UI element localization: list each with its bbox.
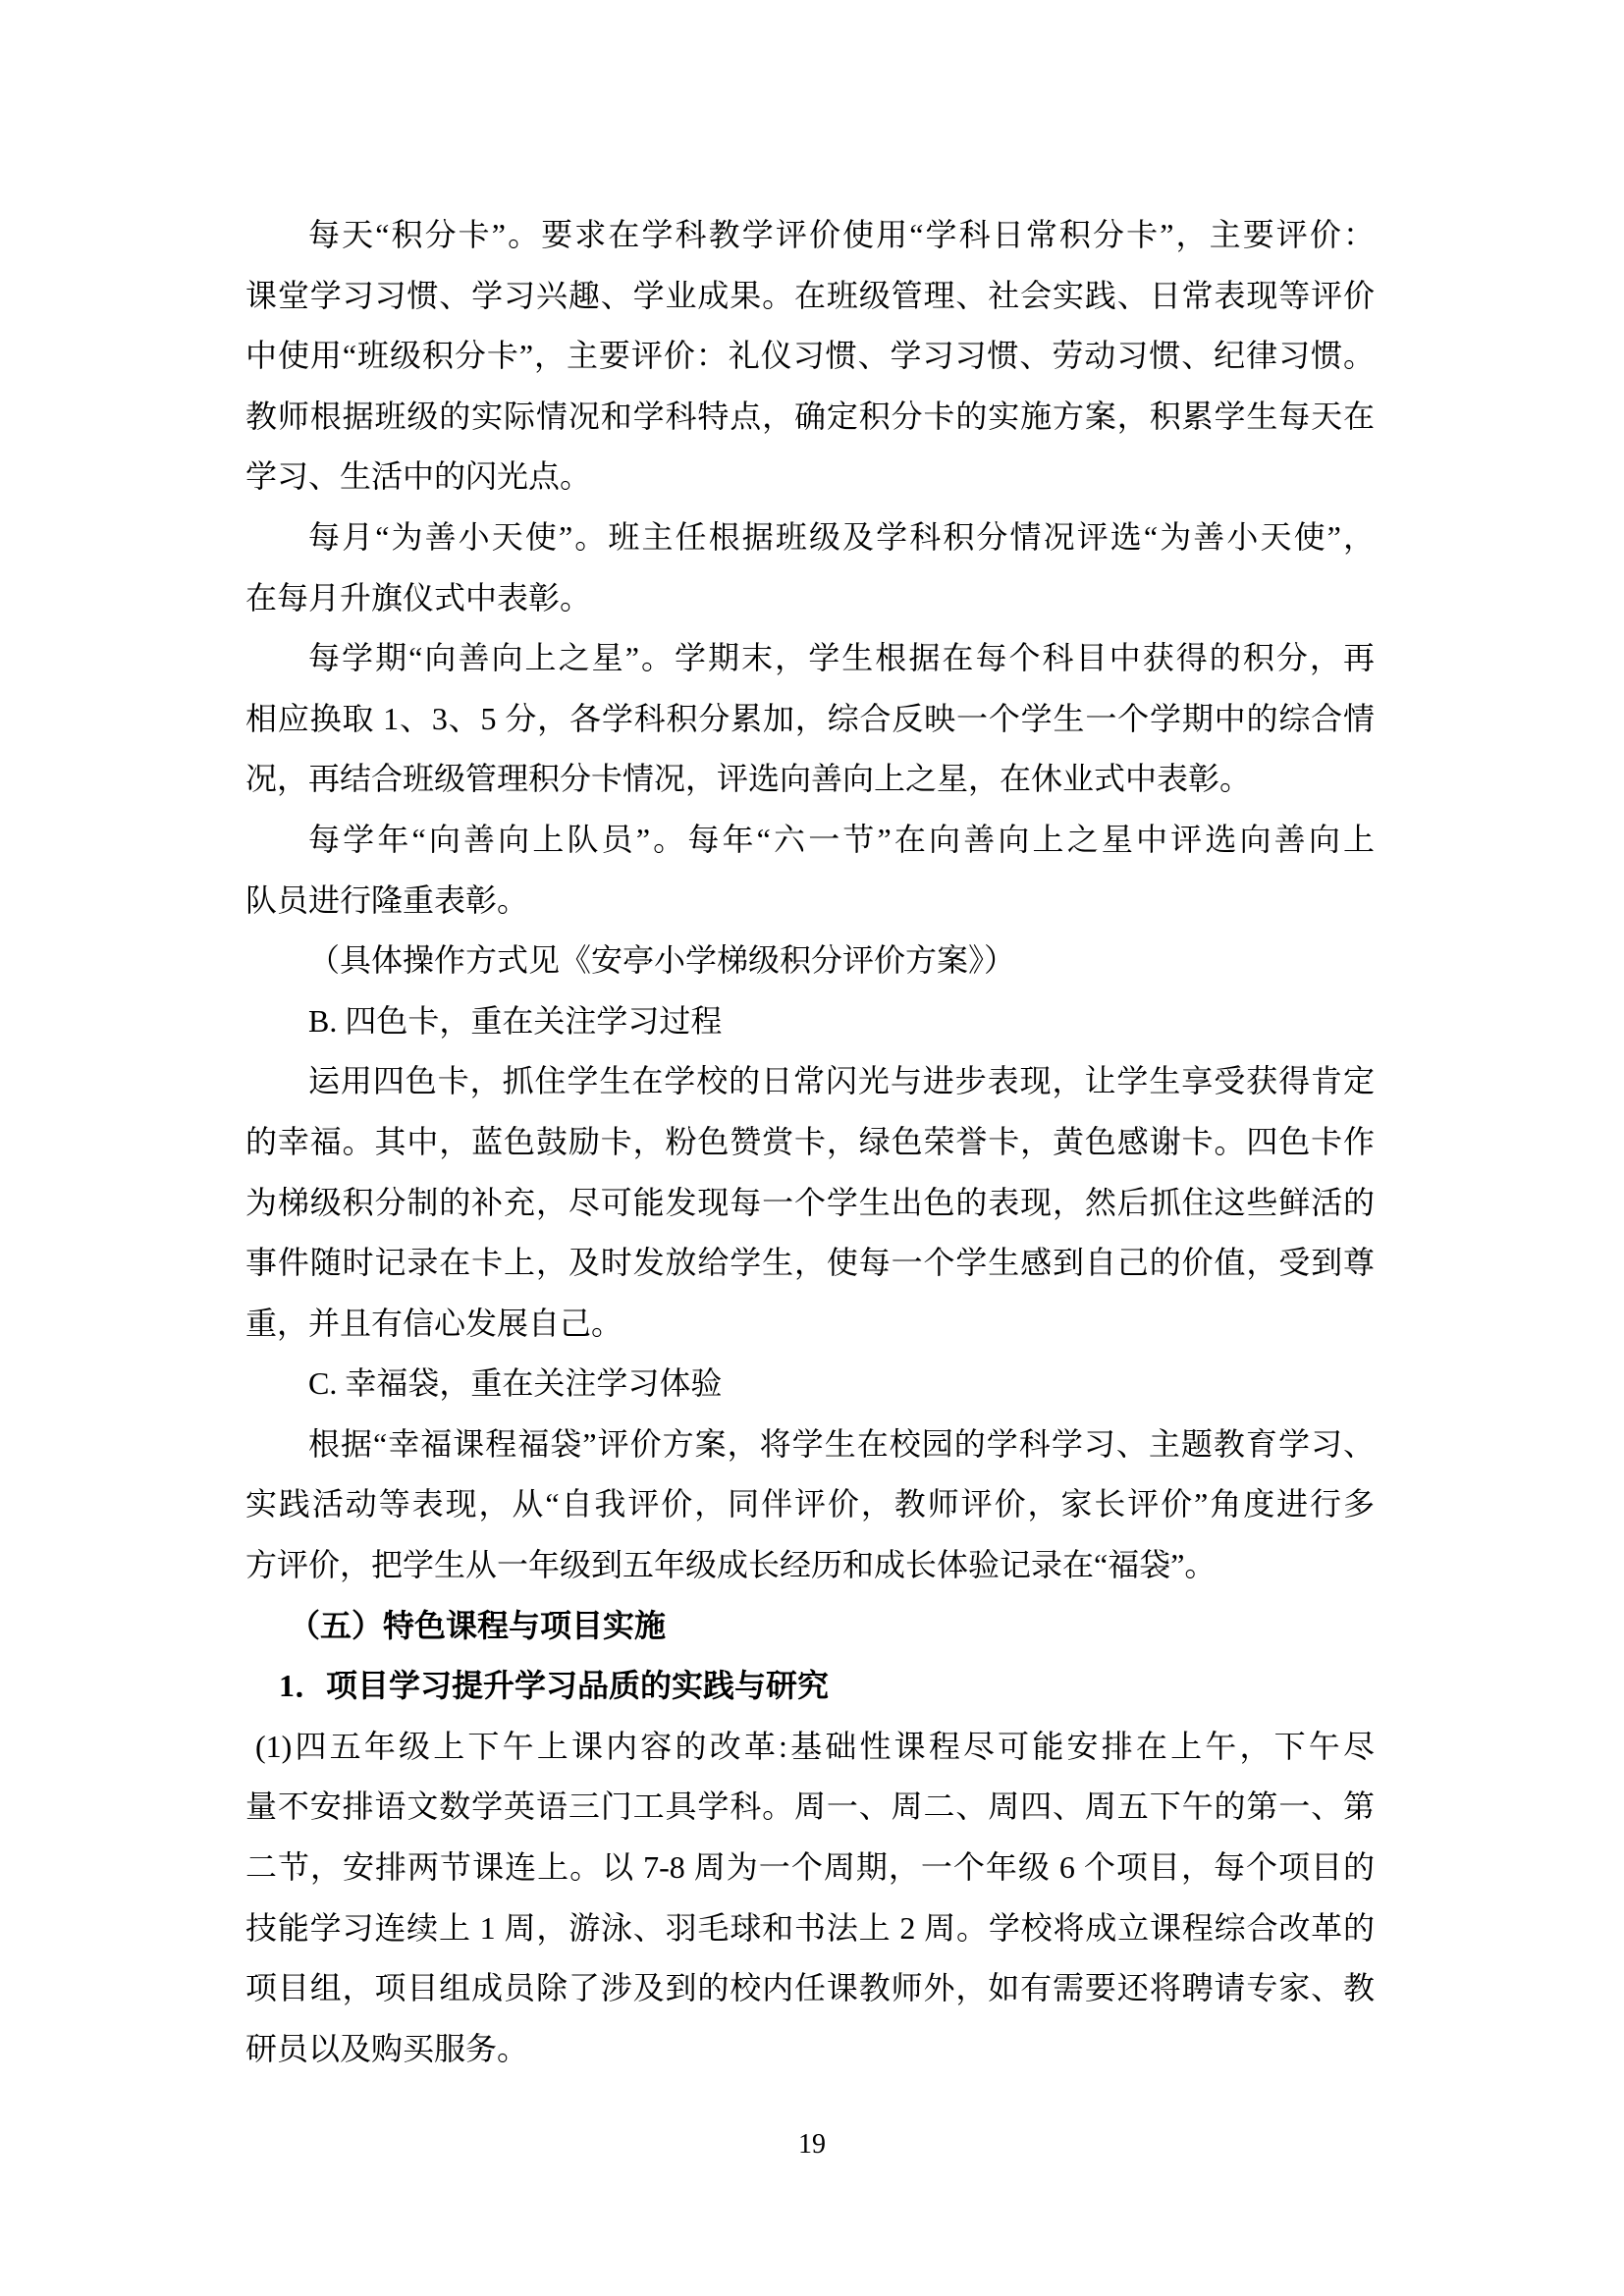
list-item-heading-c: C. 幸福袋，重在关注学习体验 [245,1354,1375,1415]
text-line: 在每月升旗仪式中表彰。 [245,568,1375,629]
text-line: 重，并且有信心发展自己。 [245,1294,1375,1355]
text-line: 况，再结合班级管理积分卡情况，评选向善向上之星，在休业式中表彰。 [245,749,1375,810]
text-line: 实践活动等表现，从“自我评价，同伴评价，教师评价，家长评价”角度进行多 [245,1474,1375,1535]
text-line: 二节，安排两节课连上。以 7-8 周为一个周期，一个年级 6 个项目，每个项目的 [245,1838,1375,1898]
text-line: （具体操作方式见《安亭小学梯级积分评价方案》） [245,931,1375,991]
text-line: 技能学习连续上 1 周，游泳、羽毛球和书法上 2 周。学校将成立课程综合改革的 [245,1898,1375,1959]
text-line: 每月“为善小天使”。班主任根据班级及学科积分情况评选“为善小天使”， [245,507,1375,568]
page-number: 19 [0,2128,1624,2162]
text-line: 队员进行隆重表彰。 [245,871,1375,932]
text-line: (1)四五年级上下午上课内容的改革:基础性课程尽可能安排在上午，下午尽 [245,1717,1375,1778]
text-line: 每学年“向善向上队员”。每年“六一节”在向善向上之星中评选向善向上 [245,810,1375,871]
text-line: 根据“幸福课程福袋”评价方案，将学生在校园的学科学习、主题教育学习、 [245,1415,1375,1475]
list-item-heading-b: B. 四色卡，重在关注学习过程 [245,991,1375,1052]
text-line: 每学期“向善向上之星”。学期末，学生根据在每个科目中获得的积分，再 [245,628,1375,689]
text-line: 量不安排语文数学英语三门工具学科。周一、周二、周四、周五下午的第一、第 [245,1777,1375,1838]
text-line: 研员以及购买服务。 [245,2019,1375,2080]
text-line: 方评价，把学生从一年级到五年级成长经历和成长体验记录在“福袋”。 [245,1535,1375,1596]
text-line: 事件随时记录在卡上，及时发放给学生，使每一个学生感到自己的价值，受到尊 [245,1233,1375,1294]
text-line: 教师根据班级的实际情况和学科特点，确定积分卡的实施方案，积累学生每天在 [245,387,1375,448]
text-line: 中使用“班级积分卡”，主要评价：礼仪习惯、学习习惯、劳动习惯、纪律习惯。 [245,326,1375,387]
text-line: 学习、生活中的闪光点。 [245,447,1375,507]
text-line: 每天“积分卡”。要求在学科教学评价使用“学科日常积分卡”，主要评价： [245,205,1375,266]
document-page: 每天“积分卡”。要求在学科教学评价使用“学科日常积分卡”，主要评价： 课堂学习习… [0,0,1624,2296]
text-line: 相应换取 1、3、5 分，各学科积分累加，综合反映一个学生一个学期中的综合情 [245,689,1375,750]
subsection-heading: 1．项目学习提升学习品质的实践与研究 [245,1656,1375,1717]
text-line: 的幸福。其中，蓝色鼓励卡，粉色赞赏卡，绿色荣誉卡，黄色感谢卡。四色卡作 [245,1112,1375,1173]
text-block: 每天“积分卡”。要求在学科教学评价使用“学科日常积分卡”，主要评价： 课堂学习习… [245,205,1375,2079]
text-line: 为梯级积分制的补充，尽可能发现每一个学生出色的表现，然后抓住这些鲜活的 [245,1173,1375,1234]
text-line: 运用四色卡，抓住学生在学校的日常闪光与进步表现，让学生享受获得肯定 [245,1051,1375,1112]
section-heading: （五）特色课程与项目实施 [245,1596,1375,1657]
text-line: 课堂学习习惯、学习兴趣、学业成果。在班级管理、社会实践、日常表现等评价 [245,266,1375,327]
text-line: 项目组，项目组成员除了涉及到的校内任课教师外，如有需要还将聘请专家、教 [245,1958,1375,2019]
